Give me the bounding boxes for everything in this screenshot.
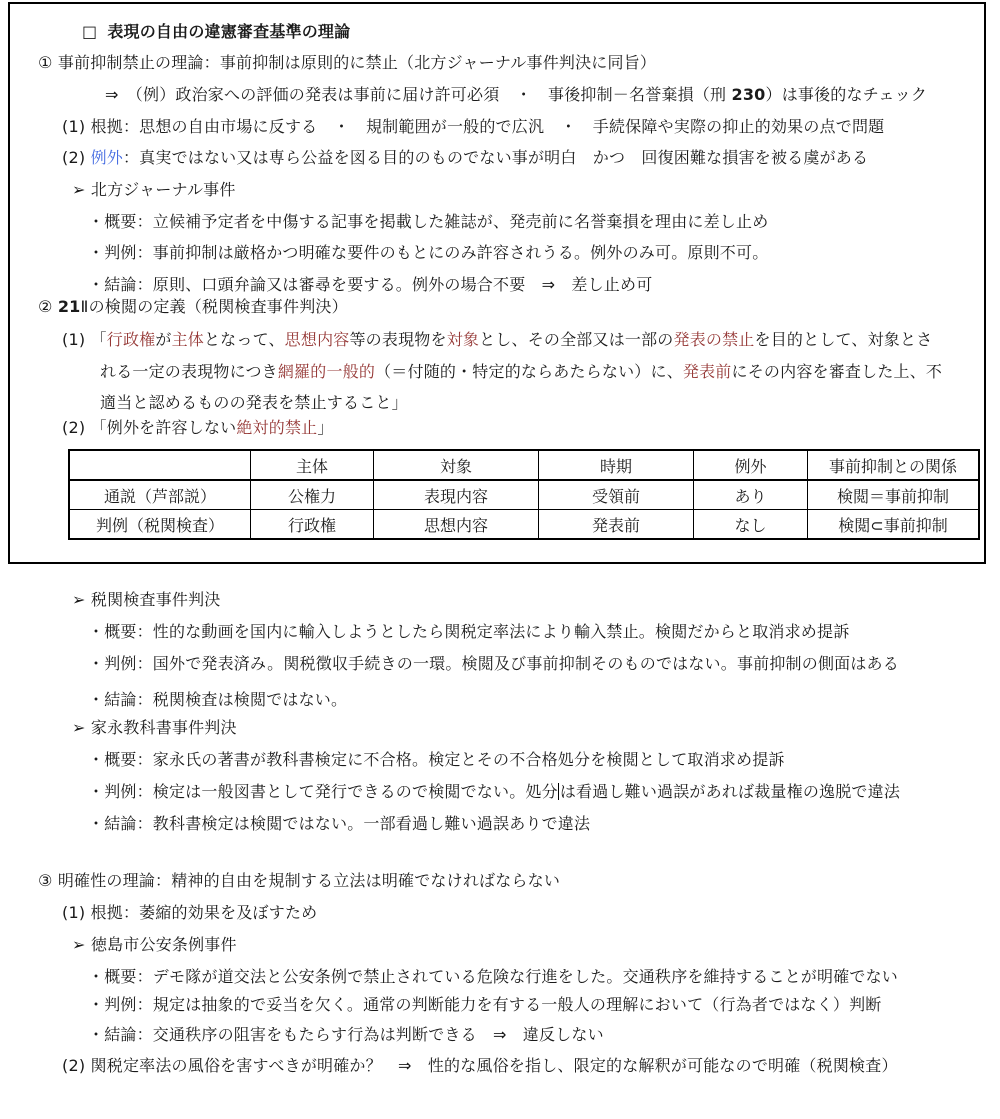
checkbox-bullet-icon: □ <box>82 21 97 43</box>
cell-hanrei-exception: なし <box>694 510 808 540</box>
case-tokushima-heading: ➢ 徳島市公安条例事件 <box>72 934 237 956</box>
item2-heading: ② 21Ⅱの検閲の定義（税関検査事件判決） <box>38 296 348 318</box>
cell-hanrei-subject: 行政権 <box>251 510 374 540</box>
item1-example: ⇒ （例）政治家への評価の発表は事前に届け許可必須 ・ 事後抑制－名誉棄損（刑 … <box>105 84 927 106</box>
item1-heading: ① 事前抑制禁止の理論：事前抑制は原則的に禁止（北方ジャーナル事件判決に同旨） <box>38 52 656 74</box>
text-cursor <box>558 783 559 800</box>
case-zeikan-heading: ➢ 税関検査事件判決 <box>72 589 221 611</box>
cell-hanrei-relation: 検閲⊂事前抑制 <box>808 510 980 540</box>
censorship-comparison-table: 主体 対象 時期 例外 事前抑制との関係 通説（芦部説） 公権力 表現内容 受領… <box>68 449 980 540</box>
document-page: □表現の自由の違憲審査基準の理論 ① 事前抑制禁止の理論：事前抑制は原則的に禁止… <box>0 0 1000 1119</box>
case-tokushima-summary: ・概要：デモ隊が道交法と公安条例で禁止されている危険な行進をした。交通秩序を維持… <box>88 966 898 988</box>
header-cell-exception: 例外 <box>694 450 808 480</box>
case-hoppo-heading: ➢ 北方ジャーナル事件 <box>72 179 236 201</box>
case-hoppo-holding: ・判例：事前抑制は厳格かつ明確な要件のもとにのみ許容されうる。例外のみ可。原則不… <box>88 242 768 264</box>
case-tokushima-conclusion: ・結論：交通秩序の阻害をもたらす行為は判断できる ⇒ 違反しない <box>88 1024 604 1046</box>
item2-definition-line2: れる一定の表現物につき網羅的一般的（＝付随的・特定的ならあたらない）に、発表前に… <box>100 361 942 383</box>
table-header-row: 主体 対象 時期 例外 事前抑制との関係 <box>69 450 979 480</box>
item3-ground: (1) 根拠：萎縮的効果を及ぼすため <box>62 902 317 924</box>
cell-tsusetsu-label: 通説（芦部説） <box>69 480 251 510</box>
cell-tsusetsu-subject: 公権力 <box>251 480 374 510</box>
cell-tsusetsu-object: 表現内容 <box>374 480 539 510</box>
item3-heading: ③ 明確性の理論：精神的自由を規制する立法は明確でなければならない <box>38 870 560 892</box>
case-hoppo-summary: ・概要：立候補予定者を中傷する記事を掲載した雑誌が、発売前に名誉棄損を理由に差し… <box>88 211 768 233</box>
page-title: 表現の自由の違憲審査基準の理論 <box>107 22 350 41</box>
case-ienaga-conclusion: ・結論：教科書検定は検閲ではない。一部看過し難い過誤ありで違法 <box>88 813 590 835</box>
header-cell-timing: 時期 <box>539 450 694 480</box>
cell-tsusetsu-timing: 受領前 <box>539 480 694 510</box>
case-zeikan-holding: ・判例：国外で発表済み。関税徴収手続きの一環。検閲及び事前抑制そのものではない。… <box>88 653 899 675</box>
item2-absolute-ban: (2) 「例外を許容しない絶対的禁止」 <box>62 417 334 439</box>
case-zeikan-conclusion: ・結論：税関検査は検閲ではない。 <box>88 689 347 711</box>
case-tokushima-holding: ・判例：規定は抽象的で妥当を欠く。通常の判断能力を有する一般人の理解において（行… <box>88 994 881 1016</box>
cell-tsusetsu-relation: 検閲＝事前抑制 <box>808 480 980 510</box>
page-title-line: □表現の自由の違憲審査基準の理論 <box>82 21 350 43</box>
case-hoppo-conclusion: ・結論：原則、口頭弁論又は審尋を要する。例外の場合不要 ⇒ 差し止め可 <box>88 274 652 296</box>
item3-clarity-question: (2) 関税定率法の風俗を害すべきが明確か？ ⇒ 性的な風俗を指し、限定的な解釈… <box>62 1055 898 1077</box>
item1-exception: (2) 例外：真実ではない又は専ら公益を図る目的のものでない事が明白 かつ 回復… <box>62 147 868 169</box>
header-cell-blank <box>69 450 251 480</box>
case-ienaga-heading: ➢ 家永教科書事件判決 <box>72 717 237 739</box>
cell-hanrei-timing: 発表前 <box>539 510 694 540</box>
cell-tsusetsu-exception: あり <box>694 480 808 510</box>
table-row-tsusetsu: 通説（芦部説） 公権力 表現内容 受領前 あり 検閲＝事前抑制 <box>69 480 979 510</box>
header-cell-subject: 主体 <box>251 450 374 480</box>
case-ienaga-holding: ・判例：検定は一般図書として発行できるので検閲でない。処分は看過し難い過誤があれ… <box>88 781 900 803</box>
case-ienaga-summary: ・概要：家永氏の著書が教科書検定に不合格。検定とその不合格処分を検閲として取消求… <box>88 749 785 771</box>
cell-hanrei-object: 思想内容 <box>374 510 539 540</box>
header-cell-relation: 事前抑制との関係 <box>808 450 980 480</box>
item1-ground: (1) 根拠：思想の自由市場に反する ・ 規制範囲が一般的で広汎 ・ 手続保障や… <box>62 116 884 138</box>
item2-definition-line3: 適当と認めるものの発表を禁止すること」 <box>100 392 408 414</box>
case-zeikan-summary: ・概要：性的な動画を国内に輸入しようとしたら関税定率法により輸入禁止。検閲だから… <box>88 621 849 643</box>
table-row-hanrei: 判例（税関検査） 行政権 思想内容 発表前 なし 検閲⊂事前抑制 <box>69 510 979 540</box>
cell-hanrei-label: 判例（税関検査） <box>69 510 251 540</box>
header-cell-object: 対象 <box>374 450 539 480</box>
item2-definition-line1: (1) 「行政権が主体となって、思想内容等の表現物を対象とし、その全部又は一部の… <box>62 329 932 351</box>
